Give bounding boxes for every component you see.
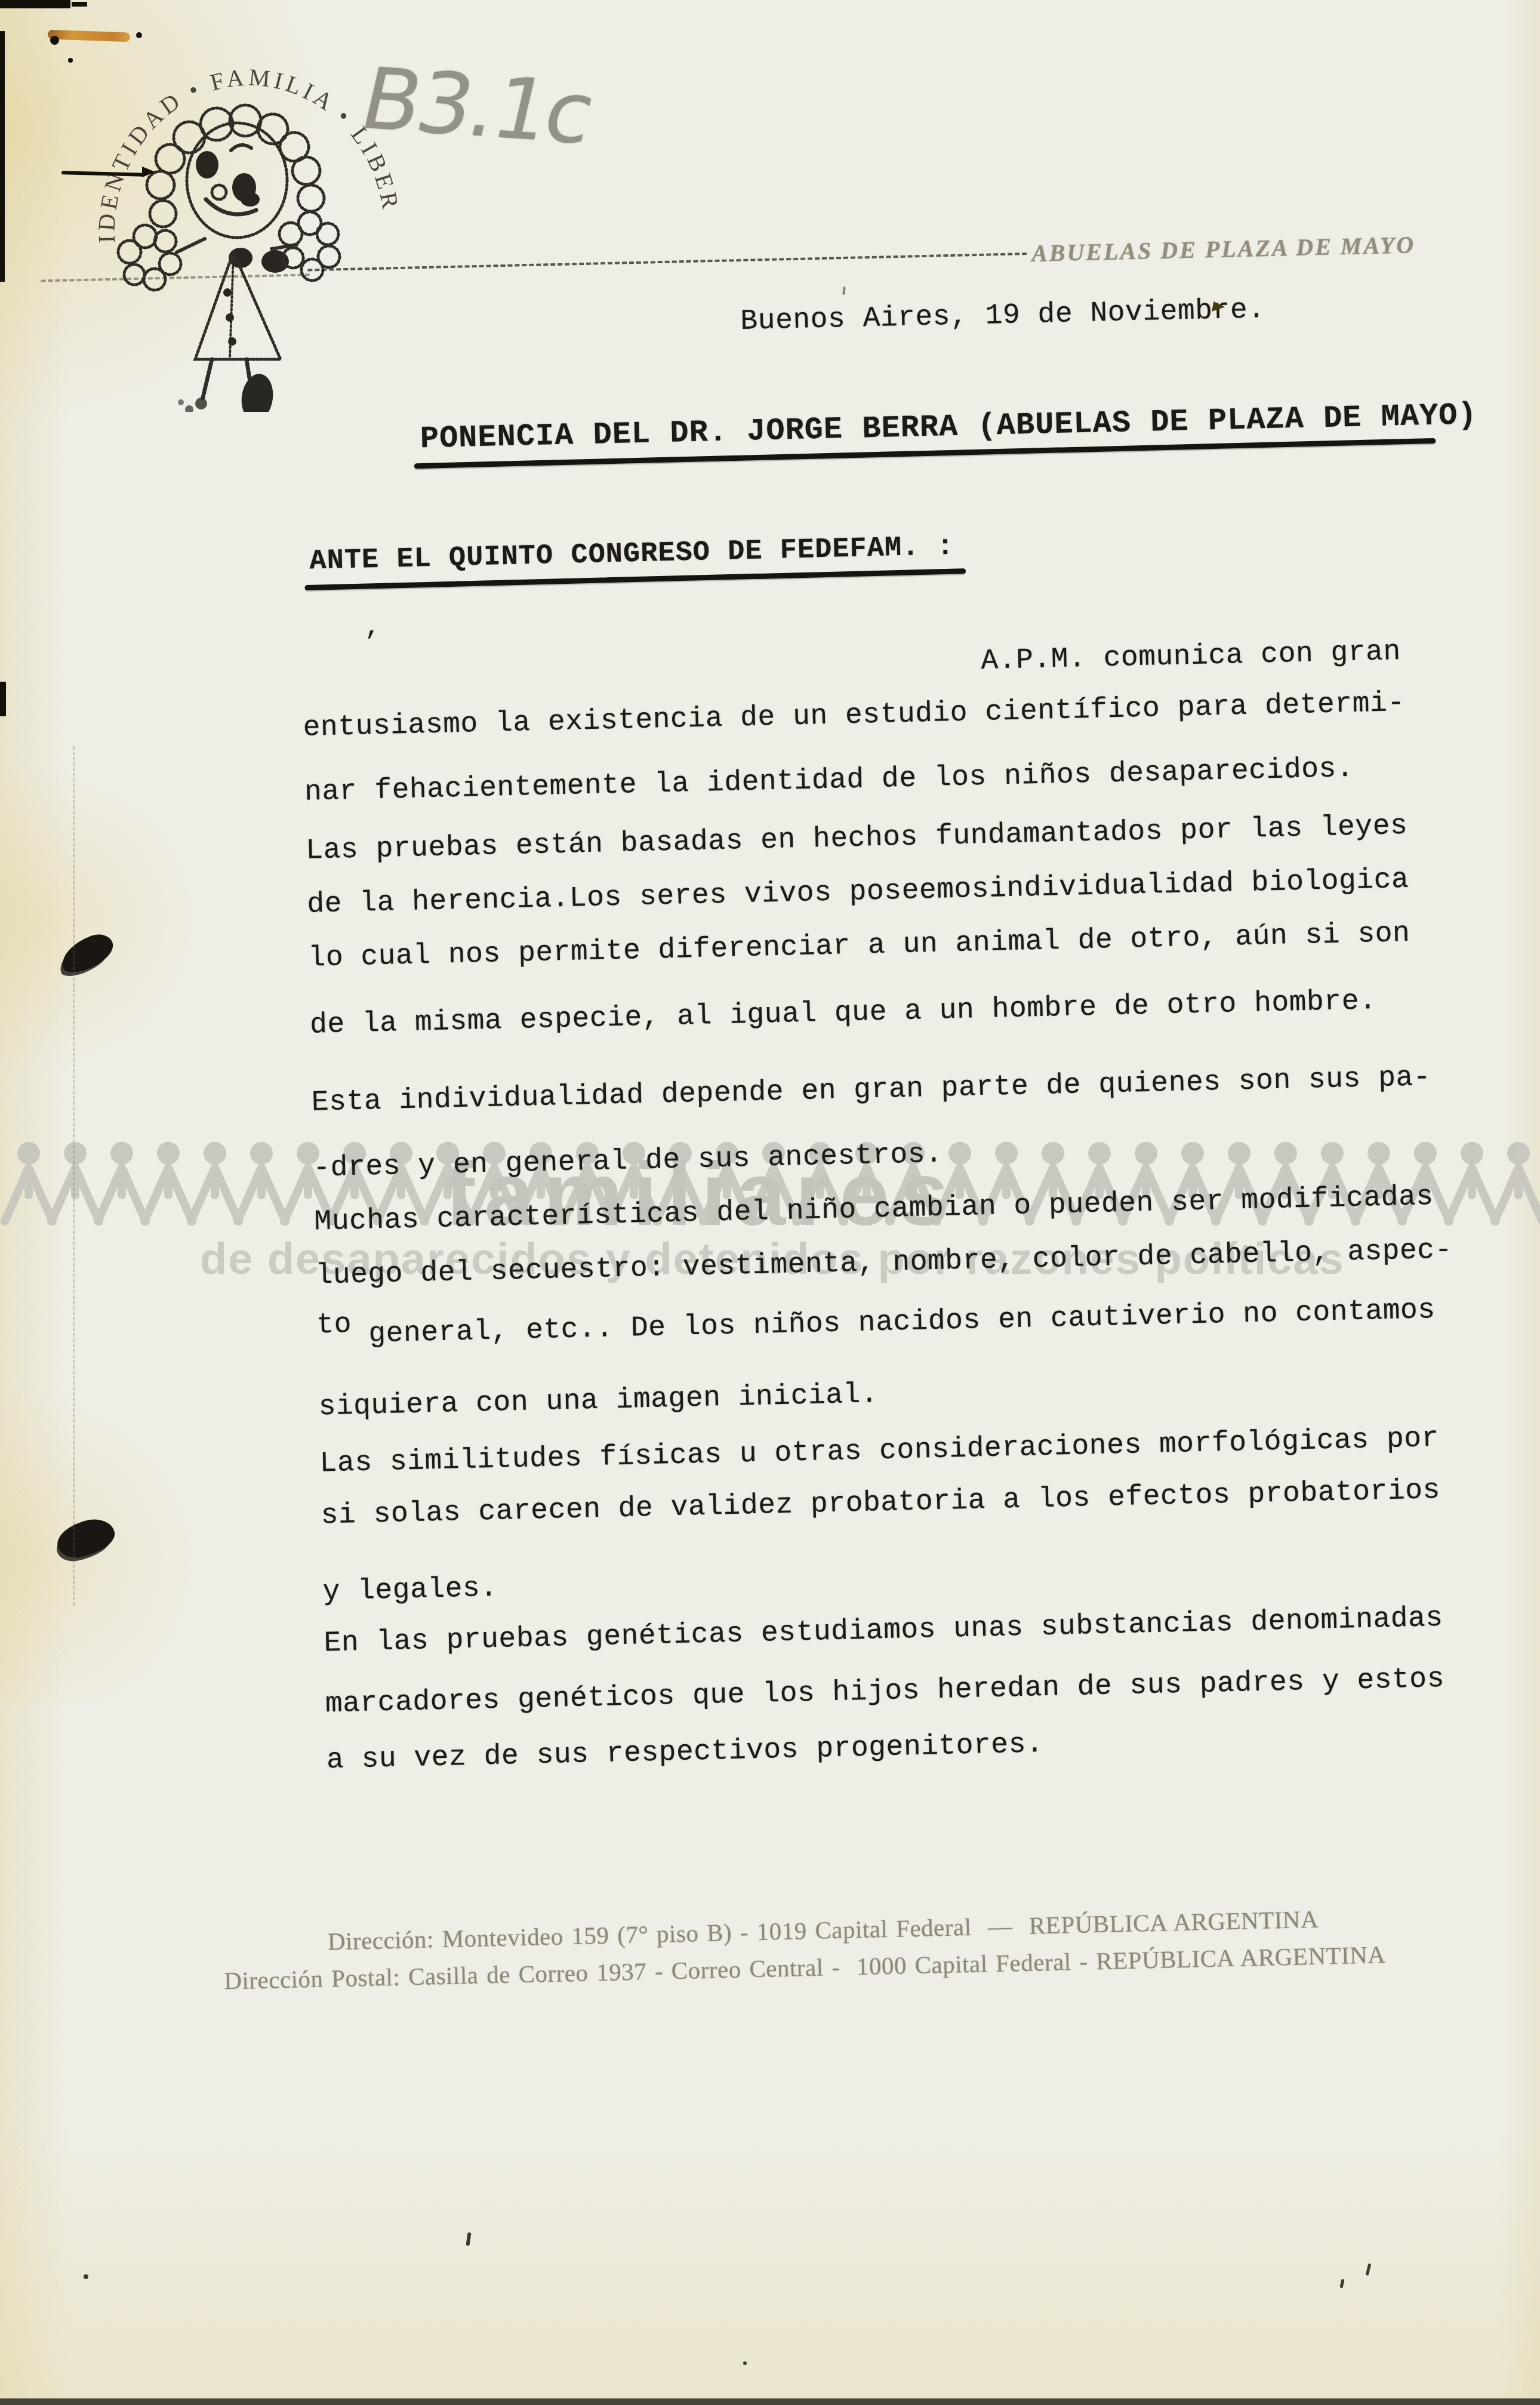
pencil-classification-code: B3.1c [352, 50, 602, 163]
scan-artifact-left-edge [0, 31, 5, 282]
body-line: A.P.M. comunica con gran [981, 636, 1401, 678]
stray-ink-apostrophe: ’ [363, 628, 380, 658]
body-line: si solas carecen de validez probatoria a… [321, 1474, 1440, 1533]
ink-dot [68, 58, 73, 63]
scan-artifact-bottom-edge [0, 2398, 1540, 2405]
arrow-mark-head [142, 167, 155, 177]
body-line: Las similitudes físicas u otras consider… [319, 1422, 1439, 1481]
paper-speck [743, 2361, 747, 2365]
paper-speck [84, 2274, 88, 2279]
letterhead-dashed-rule-right [307, 252, 1027, 271]
body-line: lo cual nos permite diferenciar a un ani… [308, 917, 1410, 975]
stamp-arc-text-node: IDENTIDAD • FAMILIA • LIBERTAD [33, 42, 405, 244]
body-line: y legales. [322, 1572, 498, 1609]
scan-artifact-left-edge-2 [0, 682, 6, 716]
body-line: luego del secuestro: vestimenta, nombre,… [315, 1234, 1453, 1292]
flower-hand-left [118, 225, 181, 290]
paper-crease-line [73, 746, 75, 1606]
body-line: de la herencia.Los seres vivos poseemosi… [307, 864, 1409, 922]
body-line: de la misma especie, al igual que a un h… [309, 985, 1376, 1042]
body-line: siquiera con una imagen inicial. [318, 1378, 879, 1424]
body-line: Muchas características del niño cambian … [314, 1181, 1434, 1239]
scan-artifact-corner-bar [0, 0, 70, 8]
ink-dot [136, 32, 142, 38]
raised-syllable: to [316, 1308, 352, 1341]
body-line: a su vez de sus respectivos progenitores… [326, 1728, 1043, 1777]
stamp-arc-text: IDENTIDAD • FAMILIA • LIBERTAD [33, 42, 405, 244]
scanned-document-page: familiares de desaparecidos y detenidos … [0, 0, 1540, 2405]
rubber-stamp: IDENTIDAD • FAMILIA • LIBERTAD [33, 42, 415, 412]
body-line: entusiasmo la existencia de un estudio c… [303, 687, 1405, 745]
dateline: Buenos Aires, 19 de Noviembre. [740, 294, 1265, 338]
document-title: PONENCIA DEL DR. JORGE BERRA (ABUELAS DE… [420, 398, 1477, 457]
doll-figure [118, 105, 340, 412]
body-line: togeneral, etc.. De los niños nacidos en… [316, 1294, 1436, 1353]
body-line: marcadores genéticos que los hijos hered… [325, 1663, 1444, 1722]
ink-dot [50, 36, 59, 45]
body-line: Esta individualidad depende en gran part… [311, 1061, 1431, 1120]
body-line: Las pruebas están basadas en hechos fund… [306, 810, 1408, 868]
body-line: En las pruebas genéticas estudiamos unas… [324, 1602, 1443, 1661]
scan-artifact-corner-nub [72, 2, 87, 7]
body-line: -dres y en general de sus ancestros. [313, 1138, 943, 1185]
body-line: nar fehacientemente la identidad de los … [304, 753, 1354, 809]
letterhead-text: ABUELAS DE PLAZA DE MAYO [1031, 230, 1416, 267]
